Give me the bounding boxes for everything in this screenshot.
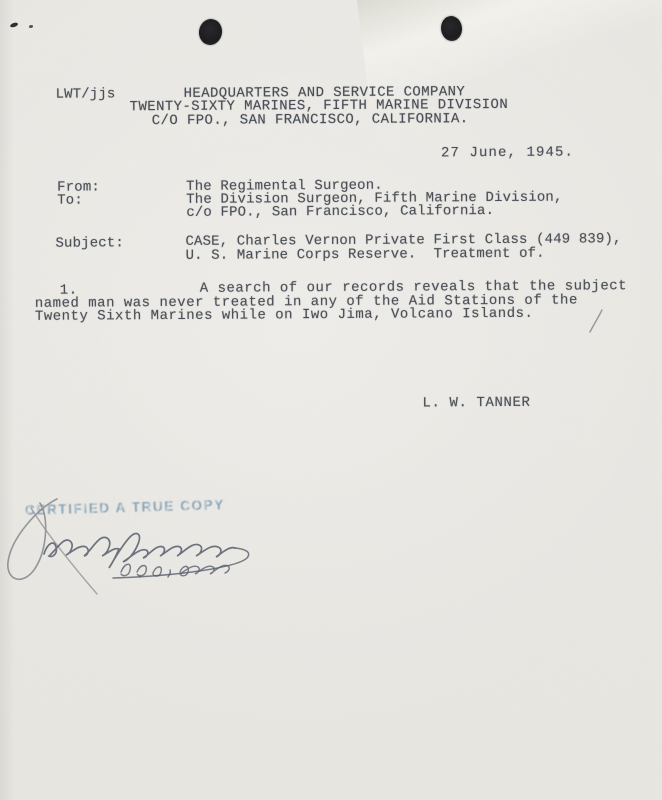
signature-name-stroke: [44, 533, 235, 568]
scanned-memo-page: LWT/jjs HEADQUARTERS AND SERVICE COMPANY…: [0, 0, 662, 800]
typed-content: LWT/jjs HEADQUARTERS AND SERVICE COMPANY…: [0, 0, 662, 800]
to-label: To:: [57, 195, 83, 208]
typed-signature-name: L. W. TANNER: [422, 397, 530, 411]
subject-label: Subject:: [55, 237, 124, 250]
handwritten-signature: [0, 492, 280, 610]
subject-line-2: U. S. Marine Corps Reserve. Treatment of…: [186, 248, 545, 263]
reference-initials: LWT/jjs: [56, 88, 116, 101]
to-value-line-2: c/o FPO., San Francisco, California.: [186, 205, 494, 220]
handwritten-note-scribble: [121, 564, 229, 577]
signature-cross-stroke: [31, 508, 97, 594]
pen-slash-mark: [584, 306, 608, 336]
date-line: 27 June, 1945.: [441, 147, 574, 161]
letterhead-line-3: C/O FPO., SAN FRANCISCO, CALIFORNIA.: [152, 113, 469, 128]
paragraph-line-3: Twenty Sixth Marines while on Iwo Jima, …: [35, 308, 534, 324]
